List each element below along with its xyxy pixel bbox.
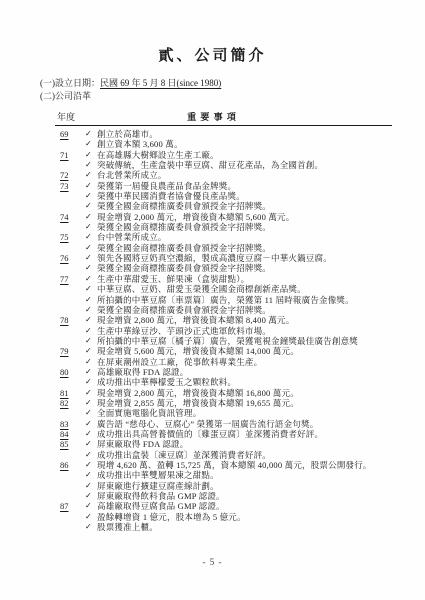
check-icon: ✓	[85, 367, 97, 377]
year-cell: 85	[55, 439, 85, 449]
year-value: 81	[60, 388, 69, 398]
check-icon: ✓	[85, 326, 97, 336]
event-line: ✓在屏東潮州設立工廠，從事飲料專業生產。	[85, 357, 392, 367]
history-row: 77 ✓生產中華甜愛玉、鮮果凍（盒裝甜點）。✓中華豆腐、豆奶、甜愛玉榮獲全國金商…	[55, 274, 392, 315]
history-rows: 69 ✓創立於高雄市。✓創立資本額 3,600 萬。 71 ✓在高雄縣大樹鄉設立…	[55, 126, 392, 532]
event-text: 榮獲中華民國消費者協會優良產品獎。	[97, 191, 245, 201]
event-text: 突破傳統，生產盒裝中華豆腐、甜豆花產品，為全國首創。	[97, 160, 323, 170]
check-icon: ✓	[85, 284, 97, 294]
event-text: 所拍攝的中華豆腐〔車票篇〕廣告，榮獲第 11 屆時報廣告金像獎。	[97, 295, 354, 305]
check-icon: ✓	[85, 398, 97, 408]
year-value: 83	[60, 419, 69, 429]
established-label: (一)設立日期：	[40, 78, 100, 88]
year-column-header: 年度	[55, 110, 87, 123]
event-line: ✓突破傳統，生產盒裝中華豆腐、甜豆花產品，為全國首創。	[85, 160, 392, 170]
year-cell: 86	[55, 460, 85, 470]
event-text: 台中營業所成立。	[97, 232, 167, 242]
history-row: 69 ✓創立於高雄市。✓創立資本額 3,600 萬。	[55, 129, 392, 150]
event-line: ✓盈餘轉增資 1 億元，股本增為 5 億元。	[85, 512, 392, 522]
event-text: 台北營業所成立。	[97, 170, 167, 180]
event-text: 屏東廠取得 FDA 認證。	[97, 439, 188, 449]
history-section-label: (二)公司沿革	[40, 90, 392, 103]
year-value: 80	[60, 367, 69, 377]
event-line: ✓創立於高雄市。	[85, 129, 392, 139]
event-line: ✓所拍攝的中華豆腐〔橘子篇〕廣告，榮獲電視金鐘獎最佳廣告創意獎	[85, 336, 392, 346]
event-line: ✓榮獲全國金商標推廣委員會頒授金字招牌獎。	[85, 243, 392, 253]
event-line: ✓台中營業所成立。	[85, 232, 392, 242]
event-line: ✓在高雄縣大樹鄉設立生產工廠。	[85, 150, 392, 160]
event-line: ✓生產中華甜愛玉、鮮果凍（盒裝甜點）。	[85, 274, 392, 284]
event-list: ✓現金增資 2,800 萬元，增資後資本總額 16,800 萬元。	[85, 388, 392, 398]
year-value: 87	[60, 501, 69, 511]
established-date-line: (一)設立日期：民國 69 年 5 月 8 日(since 1980)	[40, 77, 392, 90]
year-value: 78	[60, 315, 69, 325]
check-icon: ✓	[85, 336, 97, 346]
event-text: 所拍攝的中華豆腐〔橘子篇〕廣告，榮獲電視金鐘獎最佳廣告創意獎	[97, 336, 358, 346]
event-text: 榮獲全國金商標推廣委員會頒授金字招牌獎。	[97, 243, 271, 253]
event-text: 現增 4,620 萬、盈轉 15,725 萬，資本總額 40,000 萬元，股票…	[97, 460, 372, 470]
event-list: ✓領先各國將豆奶真空濃縮，製成高濃度豆腐－中華火鍋豆腐。✓榮獲全國金商標推廣委員…	[85, 253, 392, 274]
event-list: ✓廣告語 “慈母心、豆腐心” 榮獲第一屆廣告流行語金句獎。	[85, 419, 392, 429]
year-value: 71	[60, 150, 69, 160]
event-text: 生產中華甜愛玉、鮮果凍（盒裝甜點）。	[97, 274, 249, 284]
event-line: ✓成功推出具高營養價值的〔雞蛋豆腐〕並深獲消費者好評。	[85, 429, 392, 439]
check-icon: ✓	[85, 263, 97, 273]
event-line: ✓榮獲全國金商標推廣委員會頒授金字招牌獎。	[85, 305, 392, 315]
check-icon: ✓	[85, 512, 97, 522]
year-value: 77	[60, 274, 69, 284]
history-row: 72 ✓台北營業所成立。	[55, 170, 392, 180]
year-cell: 71	[55, 150, 85, 160]
page-number: - 5 -	[0, 557, 425, 567]
check-icon: ✓	[85, 388, 97, 398]
document-page: 貳、公司簡介 (一)設立日期：民國 69 年 5 月 8 日(since 198…	[0, 0, 425, 600]
event-line: ✓榮獲全國金商標推廣委員會頒授金字招牌獎。	[85, 263, 392, 273]
year-value: 82	[60, 398, 69, 408]
event-line: ✓榮獲全國金商標推廣委員會頒授金字招牌獎。	[85, 222, 392, 232]
check-icon: ✓	[85, 232, 97, 242]
event-text: 生產中華綠豆沙、芋頭沙正式進軍飲料市場。	[97, 326, 271, 336]
check-icon: ✓	[85, 222, 97, 232]
check-icon: ✓	[85, 170, 97, 180]
event-list: ✓現金增資 2,855 萬元，增資後資本總額 19,655 萬元。✓全面實施電腦…	[85, 398, 392, 419]
history-row: 74 ✓現金增資 2,000 萬元，增資後資本總額 5,600 萬元。✓榮獲全國…	[55, 212, 392, 233]
check-icon: ✓	[85, 450, 97, 460]
check-icon: ✓	[85, 305, 97, 315]
year-cell: 72	[55, 170, 85, 180]
check-icon: ✓	[85, 439, 97, 449]
history-row: 75 ✓台中營業所成立。✓榮獲全國金商標推廣委員會頒授金字招牌獎。	[55, 232, 392, 253]
check-icon: ✓	[85, 243, 97, 253]
history-row: 81 ✓現金增資 2,800 萬元，增資後資本總額 16,800 萬元。	[55, 388, 392, 398]
check-icon: ✓	[85, 408, 97, 418]
event-text: 高雄廠取得 FDA 認證。	[97, 367, 188, 377]
event-line: ✓台北營業所成立。	[85, 170, 392, 180]
history-row: 85 ✓屏東廠取得 FDA 認證。✓成功推出盒裝〔凍豆腐〕並深獲消費者好評。	[55, 439, 392, 460]
year-cell: 84	[55, 429, 85, 439]
event-text: 成功推出具高營養價值的〔雞蛋豆腐〕並深獲消費者好評。	[97, 429, 323, 439]
event-text: 創立於高雄市。	[97, 129, 158, 139]
event-line: ✓榮獲全國金商標推廣委員會頒授金字招牌獎。	[85, 201, 392, 211]
history-row: 86 ✓現增 4,620 萬、盈轉 15,725 萬，資本總額 40,000 萬…	[55, 460, 392, 501]
check-icon: ✓	[85, 150, 97, 160]
history-row: 76 ✓領先各國將豆奶真空濃縮，製成高濃度豆腐－中華火鍋豆腐。✓榮獲全國金商標推…	[55, 253, 392, 274]
check-icon: ✓	[85, 139, 97, 149]
event-line: ✓榮獲中華民國消費者協會優良產品獎。	[85, 191, 392, 201]
history-row: 84 ✓成功推出具高營養價值的〔雞蛋豆腐〕並深獲消費者好評。	[55, 429, 392, 439]
year-cell: 81	[55, 388, 85, 398]
event-text: 榮獲全國金商標推廣委員會頒授金字招牌獎。	[97, 201, 271, 211]
event-text: 現金增資 2,000 萬元，增資後資本總額 5,600 萬元。	[97, 212, 294, 222]
event-line: ✓成功推出盒裝〔凍豆腐〕並深獲消費者好評。	[85, 450, 392, 460]
year-cell: 79	[55, 346, 85, 356]
event-text: 全面實施電腦化資訊管理。	[97, 408, 201, 418]
history-table: 年度 重 要 事 項 69 ✓創立於高雄市。✓創立資本額 3,600 萬。 71…	[55, 110, 392, 532]
event-list: ✓高雄廠取得豆腐食品 GMP 認證。✓盈餘轉增資 1 億元，股本增為 5 億元。…	[85, 501, 392, 532]
year-value: 69	[60, 129, 69, 139]
event-text: 廣告語 “慈母心、豆腐心” 榮獲第一屆廣告流行語金句獎。	[97, 419, 318, 429]
event-list: ✓創立於高雄市。✓創立資本額 3,600 萬。	[85, 129, 392, 150]
check-icon: ✓	[85, 160, 97, 170]
year-value: 74	[60, 212, 69, 222]
event-line: ✓高雄廠取得豆腐食品 GMP 認證。	[85, 501, 392, 511]
year-cell: 74	[55, 212, 85, 222]
year-cell: 69	[55, 129, 85, 139]
check-icon: ✓	[85, 129, 97, 139]
event-text: 榮獲全國金商標推廣委員會頒授金字招牌獎。	[97, 263, 271, 273]
check-icon: ✓	[85, 253, 97, 263]
event-list: ✓生產中華甜愛玉、鮮果凍（盒裝甜點）。✓中華豆腐、豆奶、甜愛玉榮獲全國金商標創新…	[85, 274, 392, 315]
check-icon: ✓	[85, 357, 97, 367]
event-line: ✓領先各國將豆奶真空濃縮，製成高濃度豆腐－中華火鍋豆腐。	[85, 253, 392, 263]
event-line: ✓全面實施電腦化資訊管理。	[85, 408, 392, 418]
year-value: 84	[60, 429, 69, 439]
event-line: ✓現金增資 2,000 萬元，增資後資本總額 5,600 萬元。	[85, 212, 392, 222]
event-text: 成功推出中華檸檬愛玉之顆粒飲料。	[97, 377, 236, 387]
company-meta: (一)設立日期：民國 69 年 5 月 8 日(since 1980) (二)公…	[40, 77, 392, 102]
event-text: 高雄廠取得豆腐食品 GMP 認證。	[97, 501, 225, 511]
event-line: ✓生產中華綠豆沙、芋頭沙正式進軍飲料市場。	[85, 326, 392, 336]
check-icon: ✓	[85, 295, 97, 305]
year-value: 76	[60, 253, 69, 263]
check-icon: ✓	[85, 315, 97, 325]
event-line: ✓榮獲第一屆優良農產品食品金牌獎。	[85, 181, 392, 191]
event-line: ✓所拍攝的中華豆腐〔車票篇〕廣告，榮獲第 11 屆時報廣告金像獎。	[85, 295, 392, 305]
history-row: 78 ✓現金增資 2,800 萬元，增資後資本總額 8,400 萬元。✓生產中華…	[55, 315, 392, 346]
event-line: ✓成功推出中華檸檬愛玉之顆粒飲料。	[85, 377, 392, 387]
event-text: 領先各國將豆奶真空濃縮，製成高濃度豆腐－中華火鍋豆腐。	[97, 253, 332, 263]
year-cell: 73	[55, 181, 85, 191]
event-list: ✓榮獲第一屆優良農產品食品金牌獎。✓榮獲中華民國消費者協會優良產品獎。✓榮獲全國…	[85, 181, 392, 212]
event-line: ✓屏東廠進行擴建豆腐產線計劃。	[85, 481, 392, 491]
year-value: 75	[60, 232, 69, 242]
check-icon: ✓	[85, 346, 97, 356]
year-value: 79	[60, 346, 69, 356]
history-row: 73 ✓榮獲第一屆優良農產品食品金牌獎。✓榮獲中華民國消費者協會優良產品獎。✓榮…	[55, 181, 392, 212]
year-cell: 76	[55, 253, 85, 263]
event-line: ✓股票獲准上櫃。	[85, 522, 392, 532]
history-row: 71 ✓在高雄縣大樹鄉設立生產工廠。✓突破傳統，生產盒裝中華豆腐、甜豆花產品，為…	[55, 150, 392, 171]
event-text: 現金增資 2,855 萬元，增資後資本總額 19,655 萬元。	[97, 398, 299, 408]
check-icon: ✓	[85, 191, 97, 201]
event-text: 創立資本額 3,600 萬。	[97, 139, 183, 149]
event-list: ✓現金增資 2,000 萬元，增資後資本總額 5,600 萬元。✓榮獲全國金商標…	[85, 212, 392, 233]
event-list: ✓現金增資 5,600 萬元，增資後資本總額 14,000 萬元。✓在屏東潮州設…	[85, 346, 392, 367]
event-line: ✓現金增資 2,800 萬元，增資後資本總額 16,800 萬元。	[85, 388, 392, 398]
year-value: 85	[60, 439, 69, 449]
event-line: ✓現金增資 5,600 萬元，增資後資本總額 14,000 萬元。	[85, 346, 392, 356]
year-cell: 75	[55, 232, 85, 242]
check-icon: ✓	[85, 522, 97, 532]
event-list: ✓成功推出具高營養價值的〔雞蛋豆腐〕並深獲消費者好評。	[85, 429, 392, 439]
event-line: ✓中華豆腐、豆奶、甜愛玉榮獲全國金商標創新產品獎。	[85, 284, 392, 294]
event-text: 現金增資 2,800 萬元，增資後資本總額 16,800 萬元。	[97, 388, 299, 398]
event-list: ✓屏東廠取得 FDA 認證。✓成功推出盒裝〔凍豆腐〕並深獲消費者好評。	[85, 439, 392, 460]
check-icon: ✓	[85, 481, 97, 491]
event-text: 中華豆腐、豆奶、甜愛玉榮獲全國金商標創新產品獎。	[97, 284, 306, 294]
event-text: 在屏東潮州設立工廠，從事飲料專業生產。	[97, 357, 262, 367]
event-list: ✓高雄廠取得 FDA 認證。✓成功推出中華檸檬愛玉之顆粒飲料。	[85, 367, 392, 388]
event-line: ✓廣告語 “慈母心、豆腐心” 榮獲第一屆廣告流行語金句獎。	[85, 419, 392, 429]
events-column-header: 重 要 事 項	[87, 110, 337, 123]
check-icon: ✓	[85, 470, 97, 480]
event-text: 屏東廠進行擴建豆腐產線計劃。	[97, 481, 219, 491]
event-list: ✓台北營業所成立。	[85, 170, 392, 180]
check-icon: ✓	[85, 212, 97, 222]
check-icon: ✓	[85, 274, 97, 284]
year-value: 73	[60, 181, 69, 191]
event-list: ✓台中營業所成立。✓榮獲全國金商標推廣委員會頒授金字招牌獎。	[85, 232, 392, 253]
event-line: ✓現金增資 2,800 萬元，增資後資本總額 8,400 萬元。	[85, 315, 392, 325]
event-text: 現金增資 2,800 萬元，增資後資本總額 8,400 萬元。	[97, 315, 294, 325]
event-text: 屏東廠取得飲料食品 GMP 認證。	[97, 491, 225, 501]
year-value: 86	[60, 460, 69, 470]
check-icon: ✓	[85, 460, 97, 470]
history-row: 82 ✓現金增資 2,855 萬元，增資後資本總額 19,655 萬元。✓全面實…	[55, 398, 392, 419]
check-icon: ✓	[85, 419, 97, 429]
year-cell: 77	[55, 274, 85, 284]
event-line: ✓高雄廠取得 FDA 認證。	[85, 367, 392, 377]
event-line: ✓屏東廠取得飲料食品 GMP 認證。	[85, 491, 392, 501]
year-cell: 83	[55, 419, 85, 429]
year-value: 72	[60, 170, 69, 180]
check-icon: ✓	[85, 181, 97, 191]
event-line: ✓成功推出中華雙層果凍之甜點。	[85, 470, 392, 480]
event-line: ✓屏東廠取得 FDA 認證。	[85, 439, 392, 449]
event-text: 成功推出盒裝〔凍豆腐〕並深獲消費者好評。	[97, 450, 271, 460]
year-cell: 87	[55, 501, 85, 511]
check-icon: ✓	[85, 501, 97, 511]
event-list: ✓現金增資 2,800 萬元，增資後資本總額 8,400 萬元。✓生產中華綠豆沙…	[85, 315, 392, 346]
check-icon: ✓	[85, 429, 97, 439]
event-list: ✓現增 4,620 萬、盈轉 15,725 萬，資本總額 40,000 萬元，股…	[85, 460, 392, 501]
event-text: 榮獲第一屆優良農產品食品金牌獎。	[97, 181, 236, 191]
event-line: ✓現增 4,620 萬、盈轉 15,725 萬，資本總額 40,000 萬元，股…	[85, 460, 392, 470]
page-title: 貳、公司簡介	[0, 0, 425, 65]
year-cell: 78	[55, 315, 85, 325]
check-icon: ✓	[85, 377, 97, 387]
event-list: ✓在高雄縣大樹鄉設立生產工廠。✓突破傳統，生產盒裝中華豆腐、甜豆花產品，為全國首…	[85, 150, 392, 171]
event-text: 股票獲准上櫃。	[97, 522, 158, 532]
year-cell: 82	[55, 398, 85, 408]
event-text: 榮獲全國金商標推廣委員會頒授金字招牌獎。	[97, 305, 271, 315]
history-row: 87 ✓高雄廠取得豆腐食品 GMP 認證。✓盈餘轉增資 1 億元，股本增為 5 …	[55, 501, 392, 532]
history-row: 83 ✓廣告語 “慈母心、豆腐心” 榮獲第一屆廣告流行語金句獎。	[55, 419, 392, 429]
history-table-header: 年度 重 要 事 項	[55, 110, 392, 126]
event-text: 榮獲全國金商標推廣委員會頒授金字招牌獎。	[97, 222, 271, 232]
event-text: 現金增資 5,600 萬元，增資後資本總額 14,000 萬元。	[97, 346, 299, 356]
event-text: 盈餘轉增資 1 億元，股本增為 5 億元。	[97, 512, 246, 522]
event-line: ✓現金增資 2,855 萬元，增資後資本總額 19,655 萬元。	[85, 398, 392, 408]
event-text: 在高雄縣大樹鄉設立生產工廠。	[97, 150, 219, 160]
check-icon: ✓	[85, 201, 97, 211]
year-cell: 80	[55, 367, 85, 377]
event-text: 成功推出中華雙層果凍之甜點。	[97, 470, 219, 480]
check-icon: ✓	[85, 491, 97, 501]
history-row: 79 ✓現金增資 5,600 萬元，增資後資本總額 14,000 萬元。✓在屏東…	[55, 346, 392, 367]
event-line: ✓創立資本額 3,600 萬。	[85, 139, 392, 149]
history-row: 80 ✓高雄廠取得 FDA 認證。✓成功推出中華檸檬愛玉之顆粒飲料。	[55, 367, 392, 388]
established-value: 民國 69 年 5 月 8 日(since 1980)	[100, 78, 221, 88]
